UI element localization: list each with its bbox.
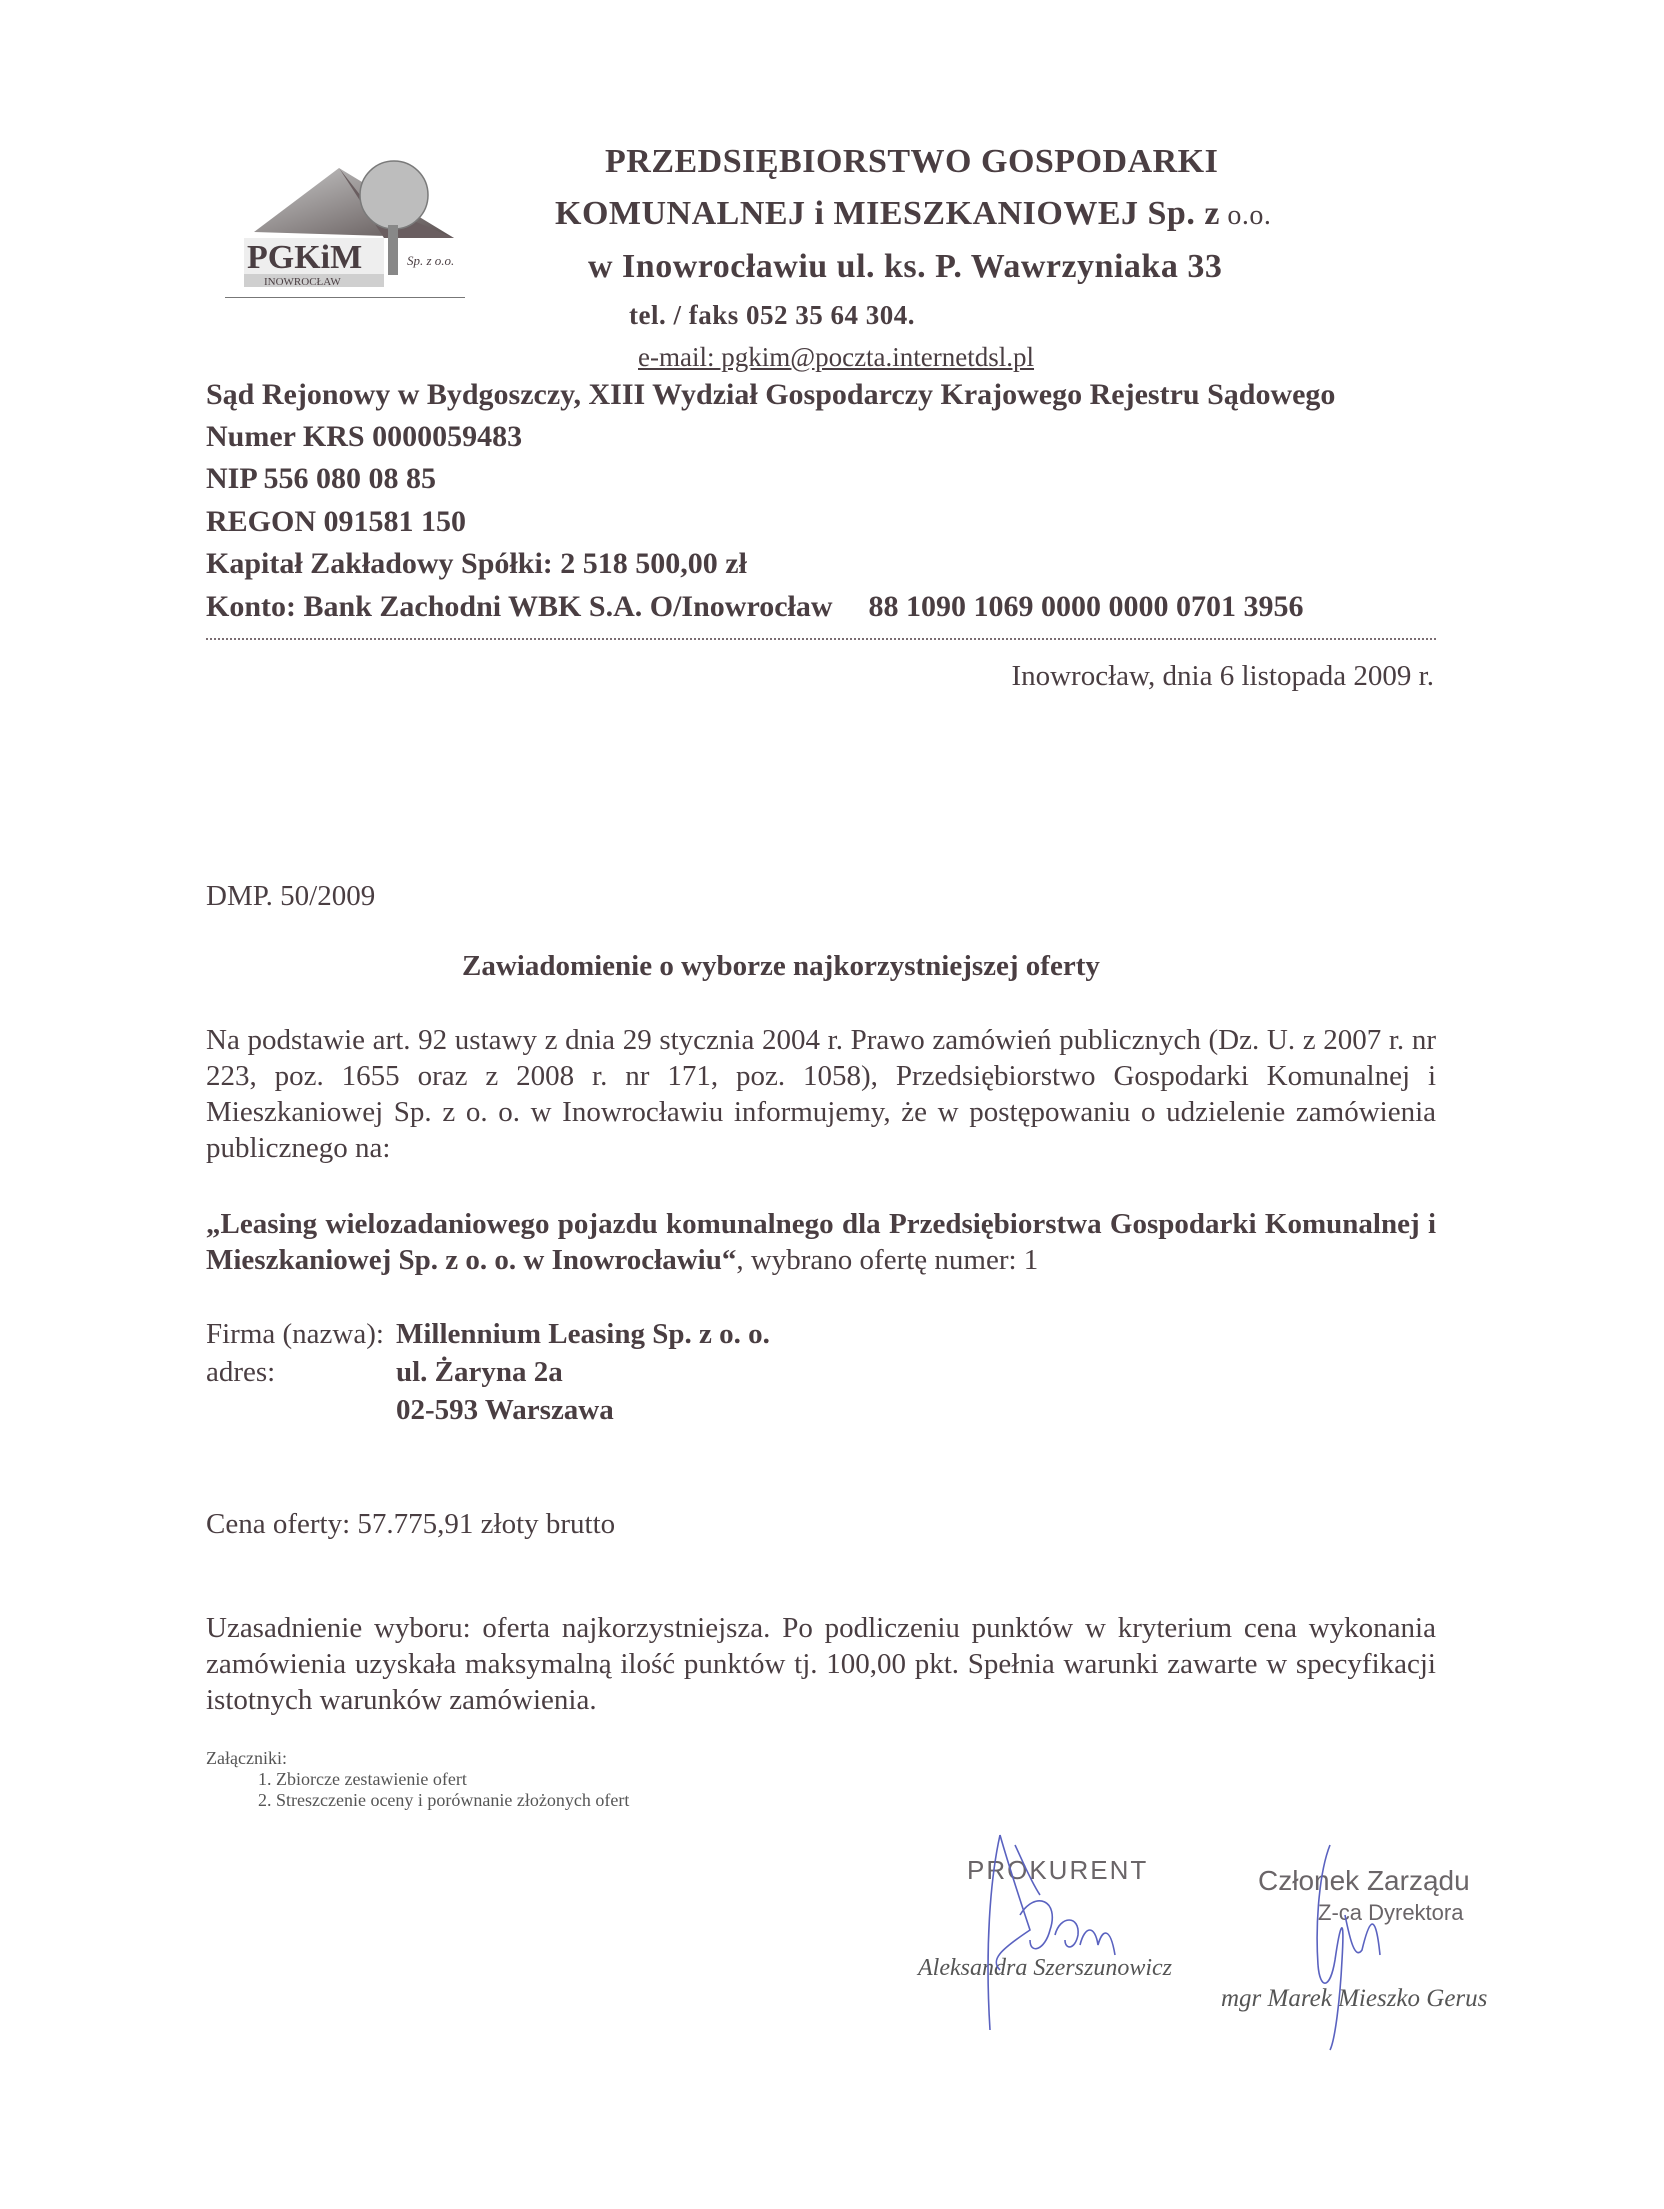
- tender-selection: , wybrano ofertę numer: 1: [736, 1244, 1038, 1276]
- registry-bank: Konto: Bank Zachodni WBK S.A. O/Inowrocł…: [206, 590, 1304, 624]
- tree-icon: [360, 161, 428, 229]
- bank-name: Konto: Bank Zachodni WBK S.A. O/Inowrocł…: [206, 590, 833, 623]
- company-name-line2: KOMUNALNEJ i MIESZKANIOWEJ Sp. z o.o.: [555, 195, 1271, 233]
- address-line2: 02-593 Warszawa: [396, 1394, 614, 1427]
- company-phone: tel. / faks 052 35 64 304.: [629, 300, 915, 331]
- attachments-title: Załączniki:: [206, 1748, 287, 1769]
- bank-account: 88 1090 1069 0000 0000 0701 3956: [869, 590, 1304, 623]
- registry-krs: Numer KRS 0000059483: [206, 420, 522, 454]
- registry-regon: REGON 091581 150: [206, 505, 466, 539]
- svg-text:PGKiM: PGKiM: [247, 239, 362, 276]
- board-member-subrole: Z-ca Dyrektora: [1318, 1900, 1463, 1926]
- attachment-item: 2. Streszczenie oceny i porównanie złożo…: [258, 1790, 629, 1811]
- prokurent-stamp: PROKURENT: [967, 1855, 1148, 1886]
- company-logo: PGKiM INOWROCŁAW Sp. z o.o.: [214, 140, 474, 300]
- company-name-line2-tail: o.o.: [1220, 200, 1272, 231]
- firm-name: Millennium Leasing Sp. z o. o.: [396, 1318, 770, 1351]
- address-line1: ul. Żaryna 2a: [396, 1356, 563, 1389]
- offer-price: Cena oferty: 57.775,91 złoty brutto: [206, 1508, 615, 1541]
- company-name-line2-main: KOMUNALNEJ i MIESZKANIOWEJ Sp. z: [555, 195, 1220, 232]
- registry-court: Sąd Rejonowy w Bydgoszczy, XIII Wydział …: [206, 378, 1335, 412]
- paragraph-tender: „Leasing wielozadaniowego pojazdu komuna…: [206, 1206, 1436, 1278]
- svg-text:INOWROCŁAW: INOWROCŁAW: [264, 276, 341, 288]
- date-line: Inowrocław, dnia 6 listopada 2009 r.: [1011, 660, 1434, 693]
- board-member-name: mgr Marek Mieszko Gerus: [1221, 1985, 1487, 2013]
- registry-capital: Kapitał Zakładowy Spółki: 2 518 500,00 z…: [206, 547, 747, 581]
- paragraph-justification: Uzasadnienie wyboru: oferta najkorzystni…: [206, 1610, 1436, 1718]
- board-member-stamp: Członek Zarządu: [1258, 1865, 1470, 1897]
- reference-number: DMP. 50/2009: [206, 880, 375, 913]
- address-label: adres:: [206, 1356, 275, 1389]
- registry-nip: NIP 556 080 08 85: [206, 462, 436, 496]
- letter-subject: Zawiadomienie o wyborze najkorzystniejsz…: [462, 950, 1100, 983]
- paragraph-legal-basis: Na podstawie art. 92 ustawy z dnia 29 st…: [206, 1022, 1436, 1166]
- company-email: e-mail: pgkim@poczta.internetdsl.pl: [638, 342, 1034, 373]
- logo-divider: [225, 297, 465, 298]
- dotted-separator: [206, 628, 1436, 640]
- attachment-item: 1. Zbiorcze zestawienie ofert: [258, 1769, 467, 1790]
- firm-label: Firma (nazwa):: [206, 1318, 384, 1351]
- company-address: w Inowrocławiu ul. ks. P. Wawrzyniaka 33: [588, 248, 1222, 286]
- svg-text:Sp. z o.o.: Sp. z o.o.: [407, 253, 454, 268]
- prokurent-name: Aleksandra Szerszunowicz: [918, 1955, 1172, 1982]
- company-name-line1: PRZEDSIĘBIORSTWO GOSPODARKI: [605, 143, 1218, 181]
